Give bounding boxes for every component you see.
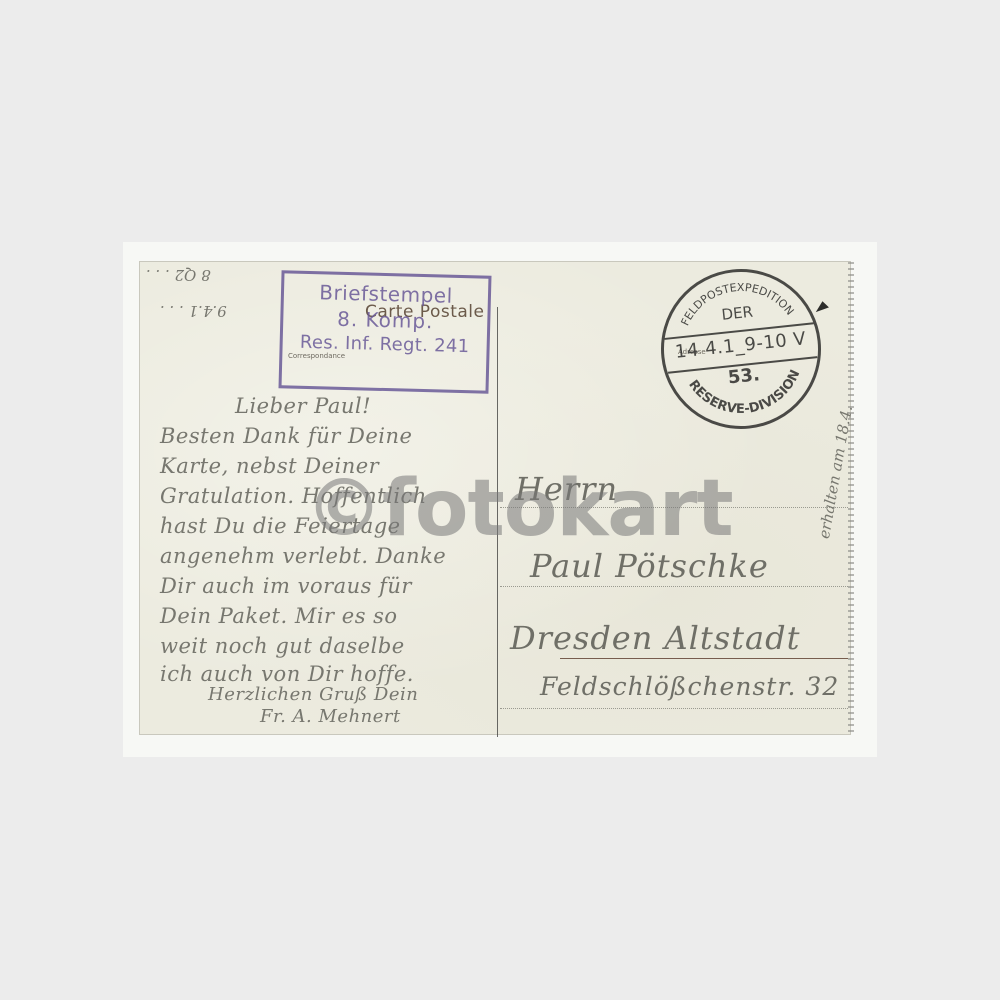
message-line: Dein Paket. Mir es so <box>160 604 398 628</box>
side-note: erhalten am 18.4. <box>815 404 856 540</box>
message-line: weit noch gut daselbe <box>160 634 405 658</box>
watermark: ©fotokart <box>305 470 733 548</box>
address-underline <box>560 658 848 659</box>
address-line <box>500 708 848 709</box>
upside-down-note-line: 9.4.1 . . . <box>160 302 227 320</box>
message-closing: Herzlichen Gruß Dein <box>208 684 418 705</box>
unit-stamp-line3: Res. Inf. Regt. 241 <box>282 331 486 357</box>
address-line <box>500 586 848 587</box>
unit-stamp-line1: Briefstempel <box>284 279 489 308</box>
unit-stamp-line2: 8. Komp. <box>283 305 488 334</box>
upside-down-note-line: 8 Q2 . . . <box>146 266 211 284</box>
postmark: FELDPOSTEXPEDITION RESERVE-DIVISION DER … <box>653 261 829 437</box>
message-line: Dir auch im voraus für <box>160 574 412 598</box>
message-signature: Fr. A. Mehnert <box>260 706 401 727</box>
address-city: Dresden Altstadt <box>510 619 800 657</box>
message-greeting: Lieber Paul! <box>235 394 371 418</box>
address-street: Feldschlößchenstr. 32 <box>540 672 839 701</box>
unit-stamp: Briefstempel 8. Komp. Res. Inf. Regt. 24… <box>278 270 491 393</box>
message-line: Besten Dank für Deine <box>160 424 412 448</box>
message-line: ich auch von Dir hoffe. <box>160 662 414 686</box>
